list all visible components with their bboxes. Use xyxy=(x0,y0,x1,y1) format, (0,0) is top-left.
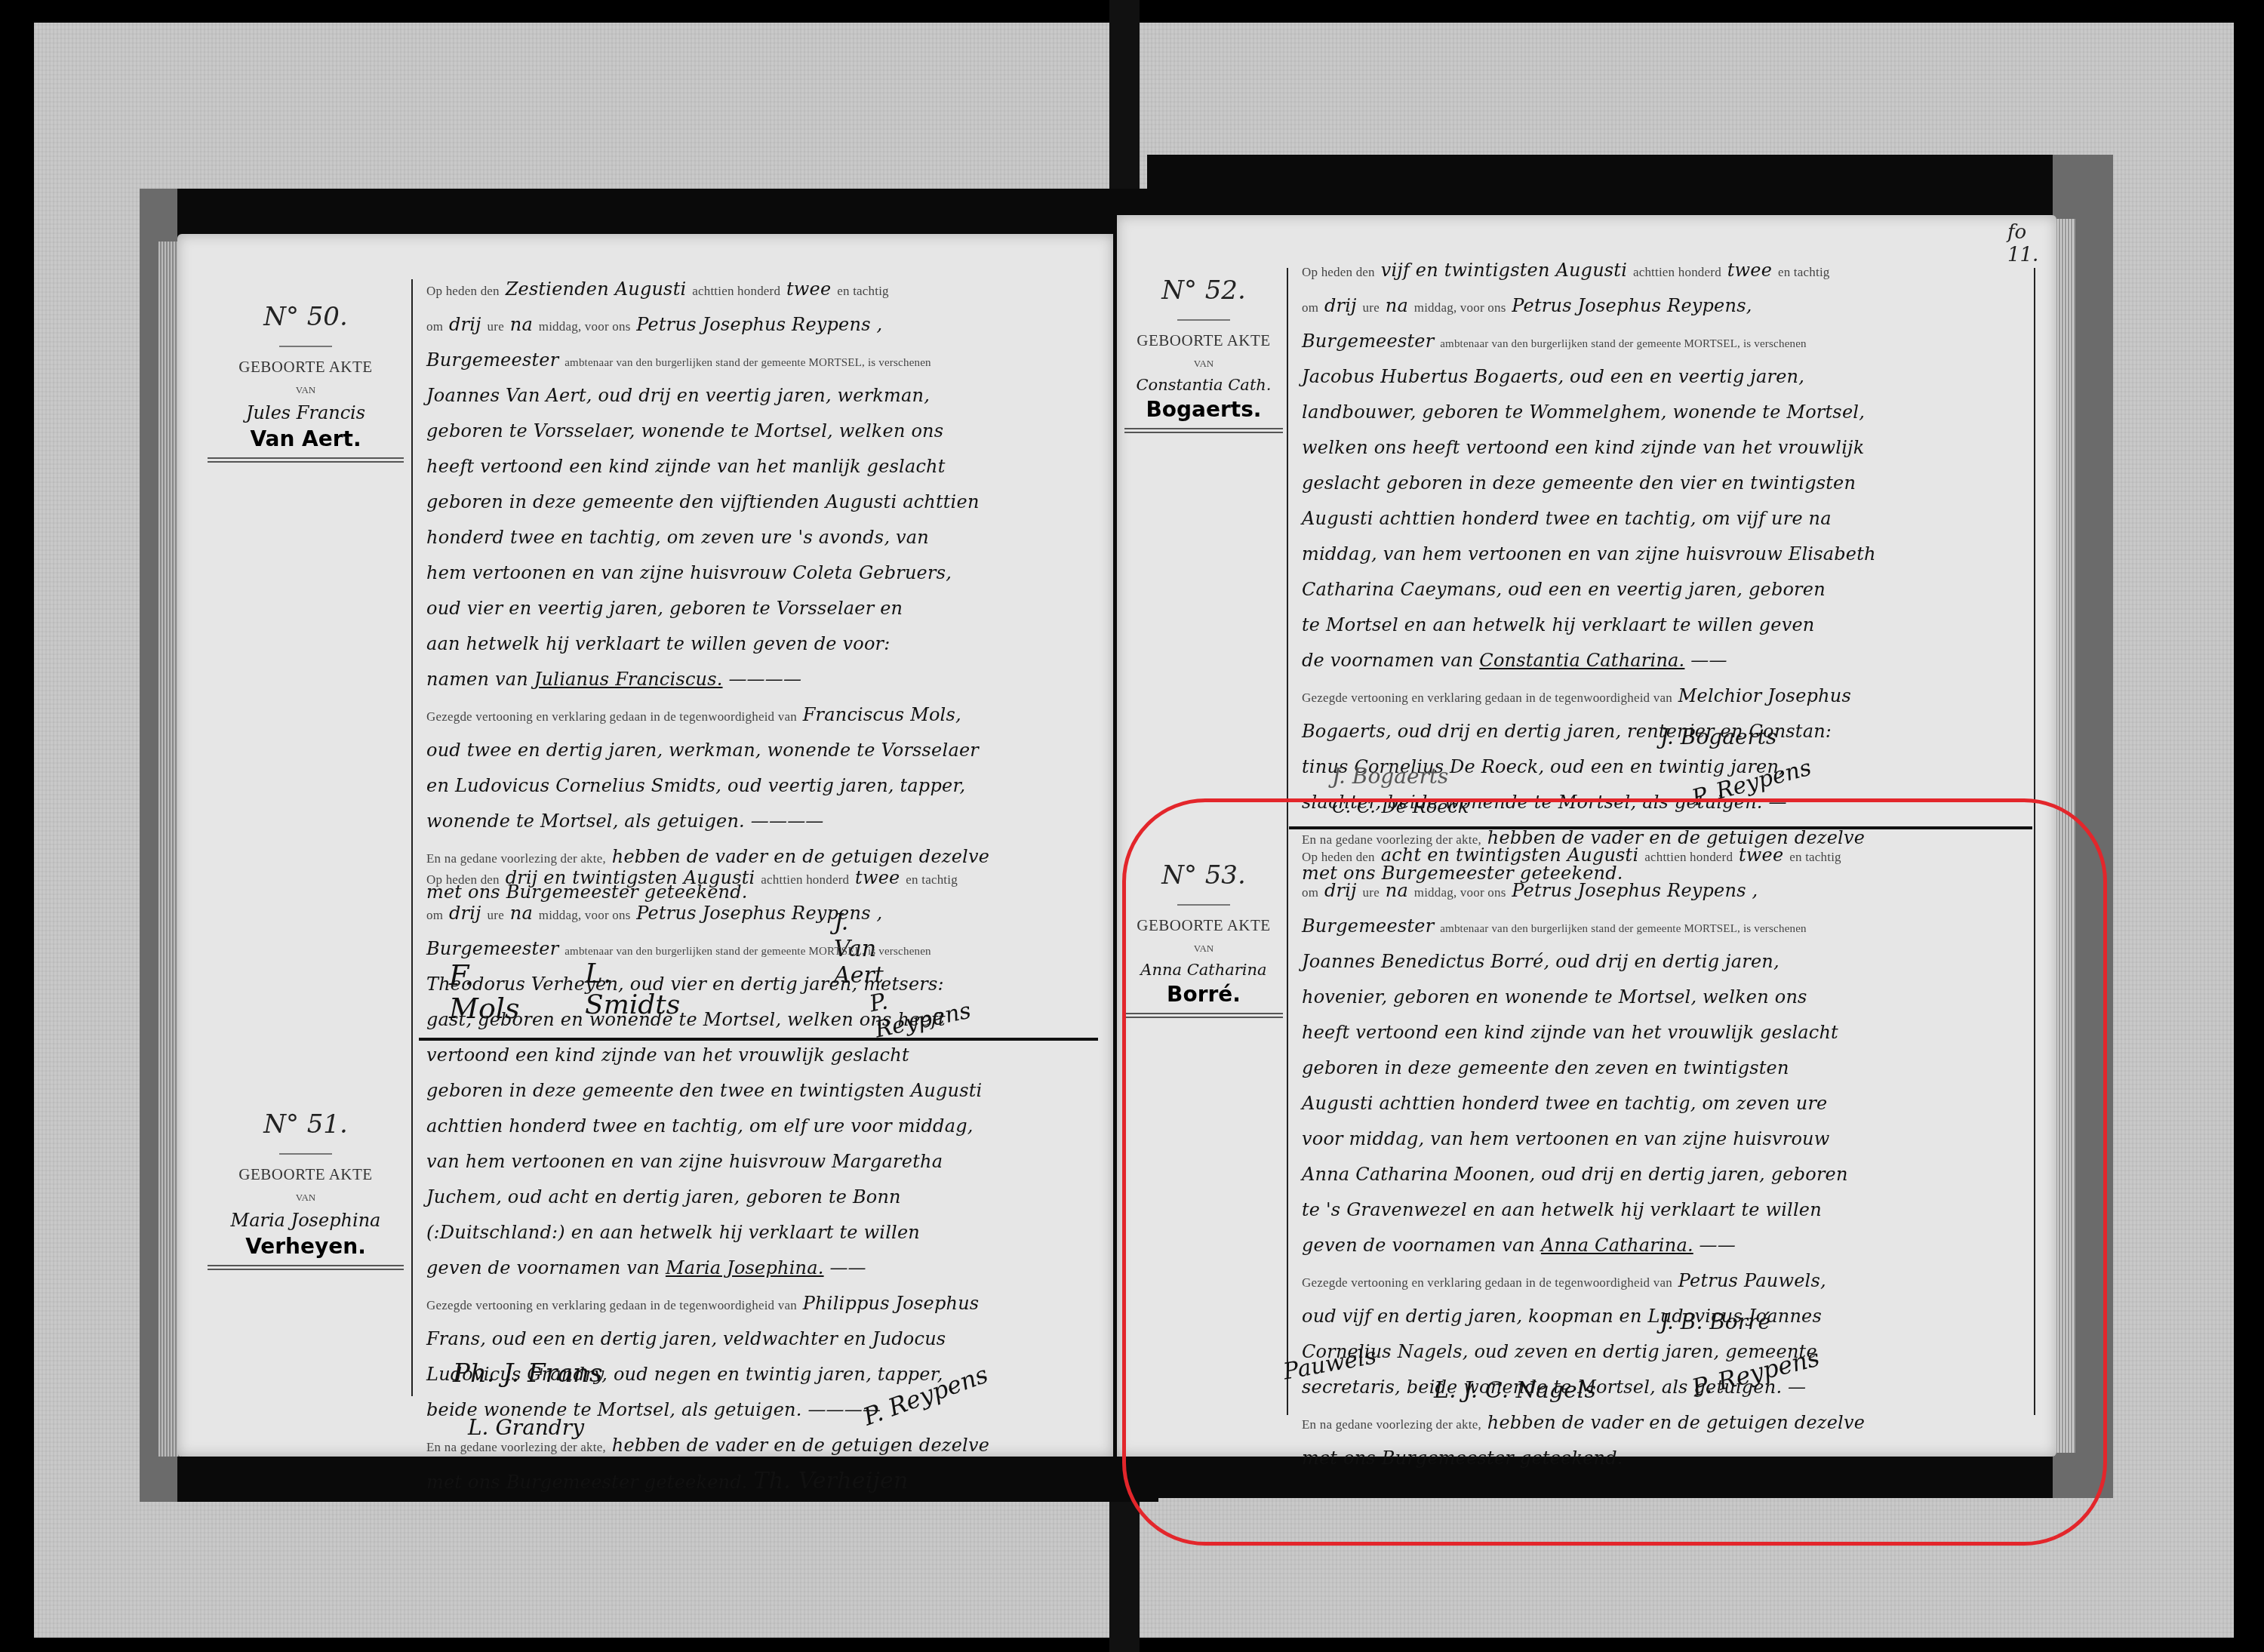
text-line: Augusti achttien honderd twee en tachtig… xyxy=(1302,501,2026,537)
text-fragment: ure xyxy=(488,908,504,922)
akte-heading: GEBOORTE AKTE xyxy=(208,1165,404,1184)
text-line: heeft vertoond een kind zijnde van het m… xyxy=(426,449,1098,485)
child-surname: Verheyen. xyxy=(208,1234,404,1259)
double-rule xyxy=(1124,428,1283,433)
double-rule xyxy=(208,457,404,463)
text-fragment: wonende te Mortsel, als getuigen. xyxy=(426,811,745,832)
signature: Th. Verheijen xyxy=(754,1468,909,1494)
child-given-names: Maria Josephina xyxy=(208,1210,404,1231)
text-fragment: En na gedane voorlezing der akte, xyxy=(426,1440,606,1454)
text-fragment: na xyxy=(510,314,533,335)
text-fragment: drij xyxy=(449,314,481,335)
text-fragment: drij xyxy=(1324,295,1357,316)
text-fragment: achttien honderd xyxy=(1633,265,1721,279)
text-line: Frans, oud een en dertig jaren, veldwach… xyxy=(426,1321,1098,1357)
child-given-names: Constantia Cath. xyxy=(1124,376,1283,394)
text-line: geboren in deze gemeente den vijftienden… xyxy=(426,485,1098,520)
text-fragment: Op heden den xyxy=(426,872,500,887)
text-line: vertoond een kind zijnde van het vrouwli… xyxy=(426,1038,1098,1073)
text-fragment: Franciscus Mols, xyxy=(803,704,961,725)
text-fragment: geven de voornamen van xyxy=(426,1257,660,1278)
text-fragment: hebben de vader en de getuigen dezelve xyxy=(612,1435,989,1456)
text-line: om drij ure na middag, voor ons Petrus J… xyxy=(1302,288,2026,324)
van-label: VAN xyxy=(208,1192,404,1204)
text-fragment: twee xyxy=(855,867,900,888)
text-line: Jacobus Hubertus Bogaerts, oud een en ve… xyxy=(1302,359,2026,395)
text-line: (:Duitschland:) en aan hetwelk hij verkl… xyxy=(426,1215,1098,1251)
text-line: namen van Julianus Franciscus. ———— xyxy=(426,662,1098,697)
entry-51-body: Op heden den drij en twintigsten Augusti… xyxy=(426,860,1098,1499)
text-line: achttien honderd twee en tachtig, om elf… xyxy=(426,1109,1098,1144)
text-line: om drij ure na middag, voor ons Petrus J… xyxy=(426,307,1098,343)
text-fragment: achttien honderd xyxy=(692,284,780,298)
given-names-underlined: Julianus Franciscus. xyxy=(534,669,723,690)
text-line: geboren in deze gemeente den twee en twi… xyxy=(426,1073,1098,1109)
van-label: VAN xyxy=(1124,358,1283,370)
text-fragment: ambtenaar van den burgerlijken stand der… xyxy=(564,357,931,369)
divider xyxy=(279,1153,332,1155)
text-line: de voornamen van Constantia Catharina. —… xyxy=(1302,643,2026,678)
text-fragment: en tachtig xyxy=(837,284,889,298)
text-fragment: drij xyxy=(449,903,481,924)
text-fragment: om xyxy=(426,908,443,922)
text-fragment: twee xyxy=(786,278,831,300)
child-surname: Bogaerts. xyxy=(1124,397,1283,422)
text-line: oud twee en dertig jaren, werkman, wonen… xyxy=(426,733,1098,768)
text-line: met ons Burgemeester geteekend. Th. Verh… xyxy=(426,1463,1098,1499)
text-line: Gezegde vertooning en verklaring gedaan … xyxy=(426,697,1098,733)
text-fragment: Zestienden Augusti xyxy=(506,278,687,300)
highlight-annotation-box xyxy=(1122,798,2107,1546)
text-fragment: om xyxy=(1302,300,1318,315)
entry-number: N° 52. xyxy=(1124,275,1283,306)
signature: J. Bogaerts xyxy=(1660,724,1776,749)
text-fragment: twee xyxy=(1727,260,1772,281)
text-fragment: na xyxy=(510,903,533,924)
divider xyxy=(279,346,332,347)
akte-heading: GEBOORTE AKTE xyxy=(1124,331,1283,350)
text-fragment: om xyxy=(426,319,443,334)
text-fragment: Gezegde vertooning en verklaring gedaan … xyxy=(426,1298,797,1312)
text-line: Joannes Van Aert, oud drij en veertig ja… xyxy=(426,378,1098,414)
text-fragment: met ons Burgemeester geteekend. xyxy=(426,1472,748,1493)
entry-number: N° 50. xyxy=(208,302,404,332)
entry-body: Op heden den Zestienden Augusti achttien… xyxy=(426,272,1098,910)
text-fragment: ambtenaar van den burgerlijken stand der… xyxy=(564,946,931,958)
text-fragment: de voornamen van xyxy=(1302,650,1473,671)
text-fragment: ambtenaar van den burgerlijken stand der… xyxy=(1440,338,1807,350)
text-line: middag, van hem vertoonen en van zijne h… xyxy=(1302,537,2026,572)
entry-number: N° 51. xyxy=(208,1109,404,1140)
text-line: gast, geboren en wonende te Mortsel, wel… xyxy=(426,1002,1098,1038)
text-line: om drij ure na middag, voor ons Petrus J… xyxy=(426,896,1098,931)
text-line: hem vertoonen en van zijne huisvrouw Col… xyxy=(426,555,1098,591)
text-fragment: Gezegde vertooning en verklaring gedaan … xyxy=(426,709,797,724)
text-line: honderd twee en tachtig, om zeven ure 's… xyxy=(426,520,1098,555)
given-names-underlined: Maria Josephina. xyxy=(666,1257,824,1278)
text-fragment: na xyxy=(1386,295,1408,316)
text-fragment: en tachtig xyxy=(1778,265,1830,279)
child-surname: Van Aert. xyxy=(208,426,404,451)
text-line: aan hetwelk hij verklaart te willen geve… xyxy=(426,626,1098,662)
text-fragment: Burgemeester xyxy=(426,349,558,371)
text-fragment: Melchior Josephus xyxy=(1678,685,1851,706)
entry-52-margin: N° 52. GEBOORTE AKTE VAN Constantia Cath… xyxy=(1124,275,1283,433)
text-line: Burgemeester ambtenaar van den burgerlij… xyxy=(1302,324,2026,359)
text-fragment: middag, voor ons xyxy=(539,319,631,334)
text-fragment: ure xyxy=(488,319,504,334)
entry-margin: N° 50. GEBOORTE AKTE VAN Jules Francis V… xyxy=(208,302,404,463)
text-fragment: namen van xyxy=(426,669,528,690)
text-line: te Mortsel en aan hetwelk hij verklaart … xyxy=(1302,608,2026,643)
text-fragment: Philippus Josephus xyxy=(803,1293,980,1314)
text-line: Theodorus Verheyen, oud vier en dertig j… xyxy=(426,967,1098,1002)
text-fragment: vijf en twintigsten Augusti xyxy=(1381,260,1627,281)
text-fragment: achttien honderd xyxy=(761,872,849,887)
text-line: Catharina Caeymans, oud een en veertig j… xyxy=(1302,572,2026,608)
text-line: Gezegde vertooning en verklaring gedaan … xyxy=(426,1286,1098,1321)
text-line: Op heden den drij en twintigsten Augusti… xyxy=(426,860,1098,896)
text-line: en Ludovicus Cornelius Smidts, oud veert… xyxy=(426,768,1098,804)
akte-heading: GEBOORTE AKTE xyxy=(208,358,404,377)
text-fragment: Petrus Josephus Reypens, xyxy=(1512,295,1752,316)
divider xyxy=(1177,319,1230,321)
text-line: Burgemeester ambtenaar van den burgerlij… xyxy=(426,931,1098,967)
text-line: wonende te Mortsel, als getuigen. ———— xyxy=(426,804,1098,839)
text-fragment: ure xyxy=(1363,300,1380,315)
text-line: geslacht geboren in deze gemeente den vi… xyxy=(1302,466,2026,501)
text-line: Op heden den Zestienden Augusti achttien… xyxy=(426,272,1098,307)
signature: L. Grandry xyxy=(468,1415,584,1440)
given-names-underlined: Constantia Catharina. xyxy=(1479,650,1684,671)
text-fragment: Gezegde vertooning en verklaring gedaan … xyxy=(1302,691,1672,705)
text-fragment: drij en twintigsten Augusti xyxy=(506,867,755,888)
text-fragment: Op heden den xyxy=(1302,265,1375,279)
text-line: welken ons heeft vertoond een kind zijnd… xyxy=(1302,430,2026,466)
text-line: Burgemeester ambtenaar van den burgerlij… xyxy=(426,343,1098,378)
text-fragment: middag, voor ons xyxy=(539,908,631,922)
text-fragment: Burgemeester xyxy=(426,938,558,959)
margin-rule-left xyxy=(411,279,413,1396)
text-line: Op heden den vijf en twintigsten Augusti… xyxy=(1302,253,2026,288)
van-label: VAN xyxy=(208,384,404,396)
text-line: van hem vertoonen en van zijne huisvrouw… xyxy=(426,1144,1098,1180)
text-fragment: en tachtig xyxy=(906,872,958,887)
child-given-names: Jules Francis xyxy=(208,402,404,423)
text-line: geboren te Vorsselaer, wonende te Mortse… xyxy=(426,414,1098,449)
text-fragment: middag, voor ons xyxy=(1414,300,1506,315)
text-fragment: Petrus Josephus Reypens , xyxy=(636,314,882,335)
signature: J. Bogaerts xyxy=(1332,764,1448,789)
text-line: landbouwer, geboren te Wommelghem, wonen… xyxy=(1302,395,2026,430)
signature: Ph. J. Frans xyxy=(453,1358,602,1389)
text-line: geven de voornamen van Maria Josephina. … xyxy=(426,1251,1098,1286)
double-rule xyxy=(208,1265,404,1270)
entry-margin: N° 51. GEBOORTE AKTE VAN Maria Josephina… xyxy=(208,1109,404,1270)
text-fragment: Burgemeester xyxy=(1302,331,1434,352)
text-line: oud vier en veertig jaren, geboren te Vo… xyxy=(426,591,1098,626)
text-line: Juchem, oud acht en dertig jaren, gebore… xyxy=(426,1180,1098,1215)
text-fragment: Op heden den xyxy=(426,284,500,298)
text-fragment: Petrus Josephus Reypens , xyxy=(636,903,882,924)
text-line: Gezegde vertooning en verklaring gedaan … xyxy=(1302,678,2026,714)
